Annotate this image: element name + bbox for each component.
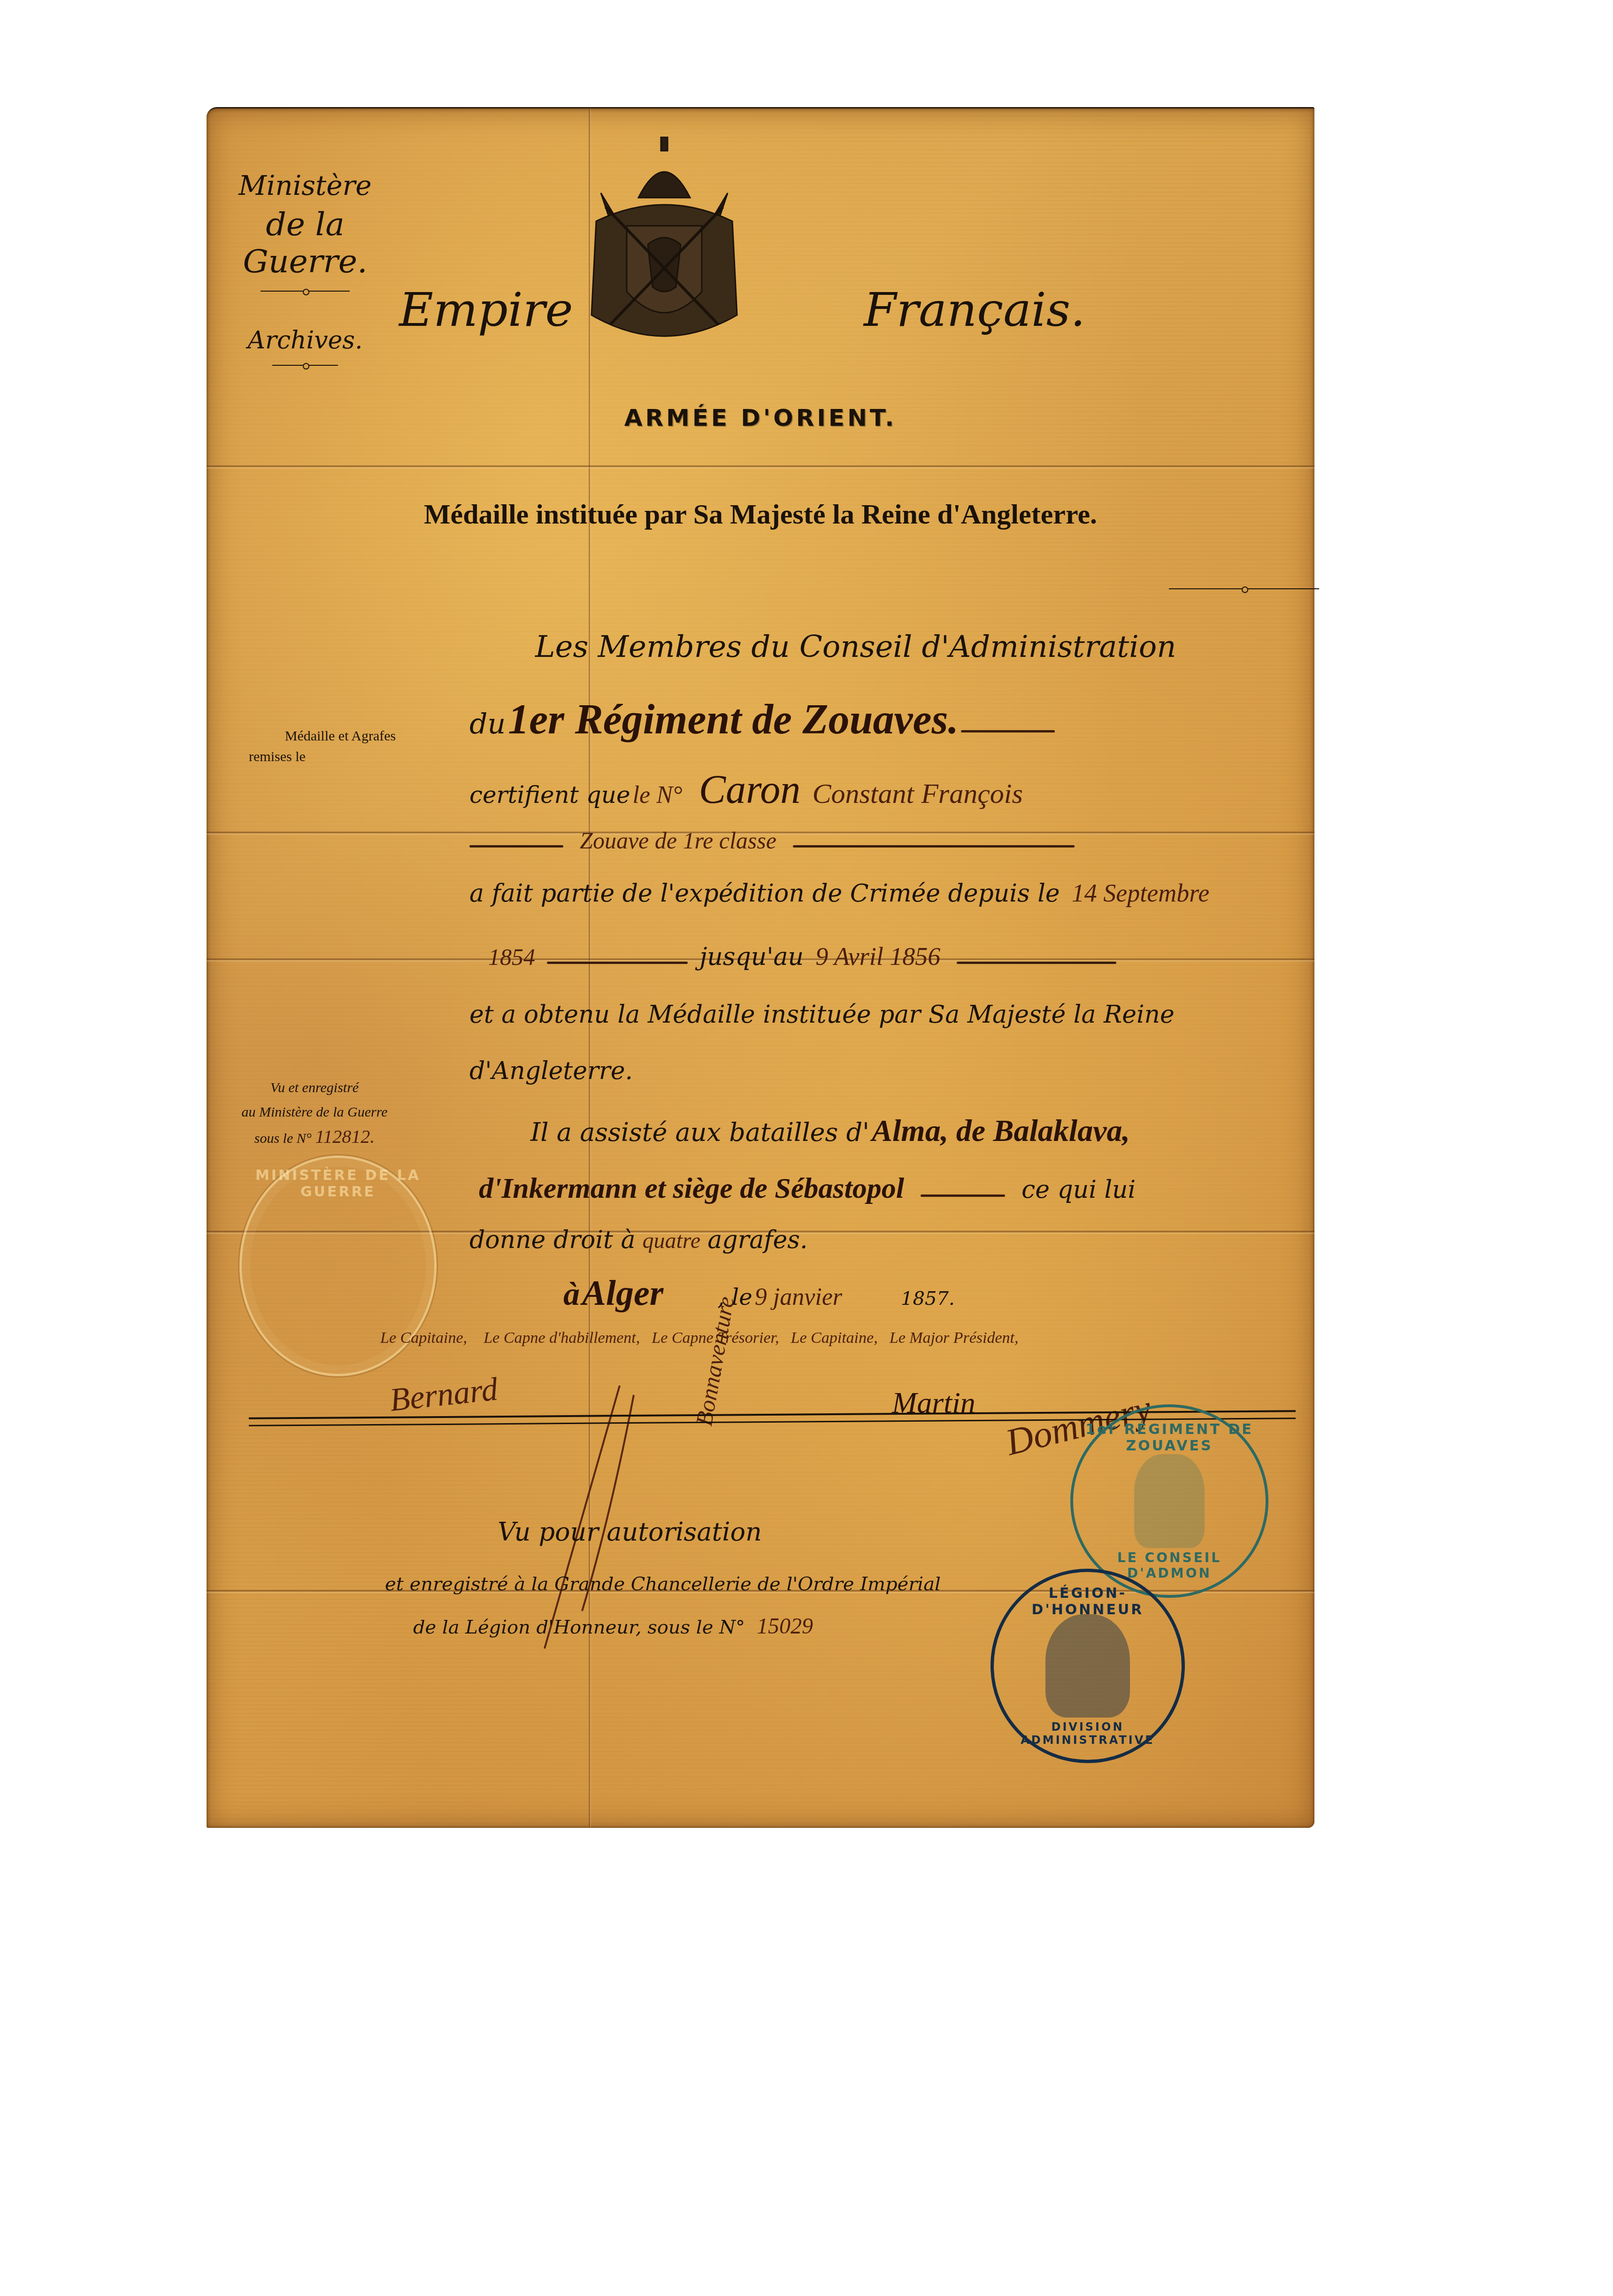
certificate-paper: Ministère de la Guerre. Archives. Empire…	[207, 107, 1314, 1828]
intro-line: Les Membres du Conseil d'Administration	[535, 630, 1176, 664]
rank-line: Zouave de 1re classe	[469, 827, 1075, 854]
signature-title-capitaine: Le Capitaine,	[380, 1329, 467, 1347]
legion-registration-label: de la Légion d'Honneur, sous le N°	[413, 1617, 745, 1638]
certify-title: le N°	[633, 782, 683, 809]
ministry-block: Ministère de la Guerre. Archives.	[207, 170, 404, 368]
regiment-prefix: du	[469, 708, 506, 740]
start-year: 1854	[488, 944, 535, 970]
signature-title-major-president: Le Major Président,	[890, 1329, 1019, 1347]
eagle-icon	[1134, 1454, 1205, 1548]
ministry-line-2: de la Guerre.	[207, 206, 404, 280]
legion-registration-line-2: de la Légion d'Honneur, sous le N° 15029	[413, 1613, 813, 1639]
soldier-surname: Caron	[699, 767, 801, 812]
battles-list-2: d'Inkermann et siège de Sébastopol	[479, 1172, 904, 1204]
expedition-line: a fait partie de l'expédition de Crimée …	[469, 878, 1209, 908]
issue-year: 1857.	[901, 1288, 955, 1310]
armee-orient-heading: ARMÉE D'ORIENT.	[207, 404, 1314, 431]
clasps-line: donne droit à quatre agrafes.	[469, 1226, 808, 1254]
ornament-divider	[261, 289, 350, 293]
fill-rule	[547, 962, 688, 964]
place-name: Alger	[582, 1273, 663, 1313]
legion-honneur-stamp: LÉGION-D'HONNEUR DIVISION ADMINISTRATIVE	[991, 1569, 1185, 1763]
fill-rule	[961, 730, 1055, 732]
fold-crease	[207, 465, 1314, 467]
battles-text: Il a assisté aux batailles d'	[530, 1117, 869, 1147]
signature-titles: Le Capitaine, Le Capne d'habillement, Le…	[380, 1329, 1019, 1347]
issue-date: 9 janvier	[755, 1284, 842, 1310]
battles-suffix: ce qui lui	[1022, 1176, 1136, 1204]
fill-rule	[793, 845, 1075, 848]
battles-line: Il a assisté aux batailles d' Alma, de B…	[530, 1113, 1130, 1149]
fill-rule	[469, 845, 563, 848]
soldier-given-names: Constant François	[812, 778, 1022, 809]
medal-title: Médaille instituée par Sa Majesté la Rei…	[207, 498, 1314, 531]
ornament-divider	[272, 363, 338, 368]
war-ministry-registration-note: Vu et enregistré au Ministère de la Guer…	[221, 1076, 408, 1151]
fill-rule	[921, 1194, 1005, 1197]
obtained-line-2: d'Angleterre.	[469, 1057, 633, 1085]
signature-title-habillement: Le Capne d'habillement,	[484, 1329, 640, 1347]
regiment-stamp-top-text: 1er RÉGIMENT DE ZOUAVES	[1073, 1421, 1266, 1454]
legion-registration-number: 15029	[757, 1614, 813, 1639]
place-date-line: à Alger , le 9 janvier 1857.	[563, 1273, 955, 1314]
place-prefix: à	[563, 1276, 580, 1312]
regiment-name: 1er Régiment de Zouaves.	[508, 696, 959, 743]
imperial-coat-of-arms-icon	[582, 137, 746, 357]
ornament-divider	[1169, 586, 1319, 591]
embossed-seal-text: MINISTÈRE DE LA GUERRE	[242, 1167, 434, 1200]
regiment-council-stamp: 1er RÉGIMENT DE ZOUAVES LE CONSEIL D'ADM…	[1070, 1404, 1268, 1598]
empire-heading: Empire	[399, 282, 573, 337]
francais-heading: Français.	[864, 282, 1085, 337]
battles-list-1: Alma, de Balaklava,	[872, 1114, 1130, 1148]
until-text: jusqu'au	[699, 943, 804, 971]
authorization-heading: Vu pour autorisation	[498, 1517, 762, 1547]
legion-registration-line-1: et enregistré à la Grande Chancellerie d…	[385, 1573, 941, 1595]
signature-bonnaventure: Bonnaventure	[690, 1294, 740, 1428]
registered-number: 112812.	[315, 1126, 375, 1147]
clasps-text: agrafes.	[707, 1226, 807, 1254]
medal-note-line-2: remises le	[225, 749, 413, 765]
battles-line-2: d'Inkermann et siège de Sébastopol ce qu…	[479, 1172, 1136, 1205]
medal-note-line-1: Médaille et Agrafes	[225, 728, 413, 744]
legion-stamp-bottom-text: DIVISION ADMINISTRATIVE	[994, 1720, 1182, 1747]
registered-number-label: sous le N°	[254, 1131, 312, 1146]
end-date: 9 Avril 1856	[815, 942, 940, 971]
signature-bernard: Bernard	[388, 1371, 499, 1419]
until-line: 1854 jusqu'au 9 Avril 1856	[488, 942, 1116, 971]
fill-rule	[957, 962, 1116, 964]
expedition-text: a fait partie de l'expédition de Crimée …	[469, 879, 1060, 908]
imperial-eagle-icon	[1045, 1614, 1130, 1718]
start-date: 14 Septembre	[1072, 879, 1209, 907]
legion-stamp-top-text: LÉGION-D'HONNEUR	[994, 1585, 1182, 1618]
regiment-line: du 1er Régiment de Zouaves.	[469, 695, 1055, 744]
registered-line-2: au Ministère de la Guerre	[221, 1100, 408, 1125]
certify-prefix: certifient que	[469, 781, 630, 809]
medal-delivered-note: Médaille et Agrafes remises le	[225, 728, 413, 765]
archives-label: Archives.	[207, 326, 404, 354]
obtained-line: et a obtenu la Médaille instituée par Sa…	[469, 1001, 1175, 1029]
soldier-rank: Zouave de 1re classe	[580, 827, 776, 854]
rights-text: donne droit à	[469, 1226, 635, 1254]
clasps-count: quatre	[642, 1228, 700, 1253]
signature-title-capitaine-2: Le Capitaine,	[791, 1329, 878, 1347]
certify-line: certifient que le N° Caron Constant Fran…	[469, 766, 1023, 813]
registered-line-1: Vu et enregistré	[221, 1076, 408, 1100]
ministry-line-1: Ministère	[207, 170, 404, 201]
